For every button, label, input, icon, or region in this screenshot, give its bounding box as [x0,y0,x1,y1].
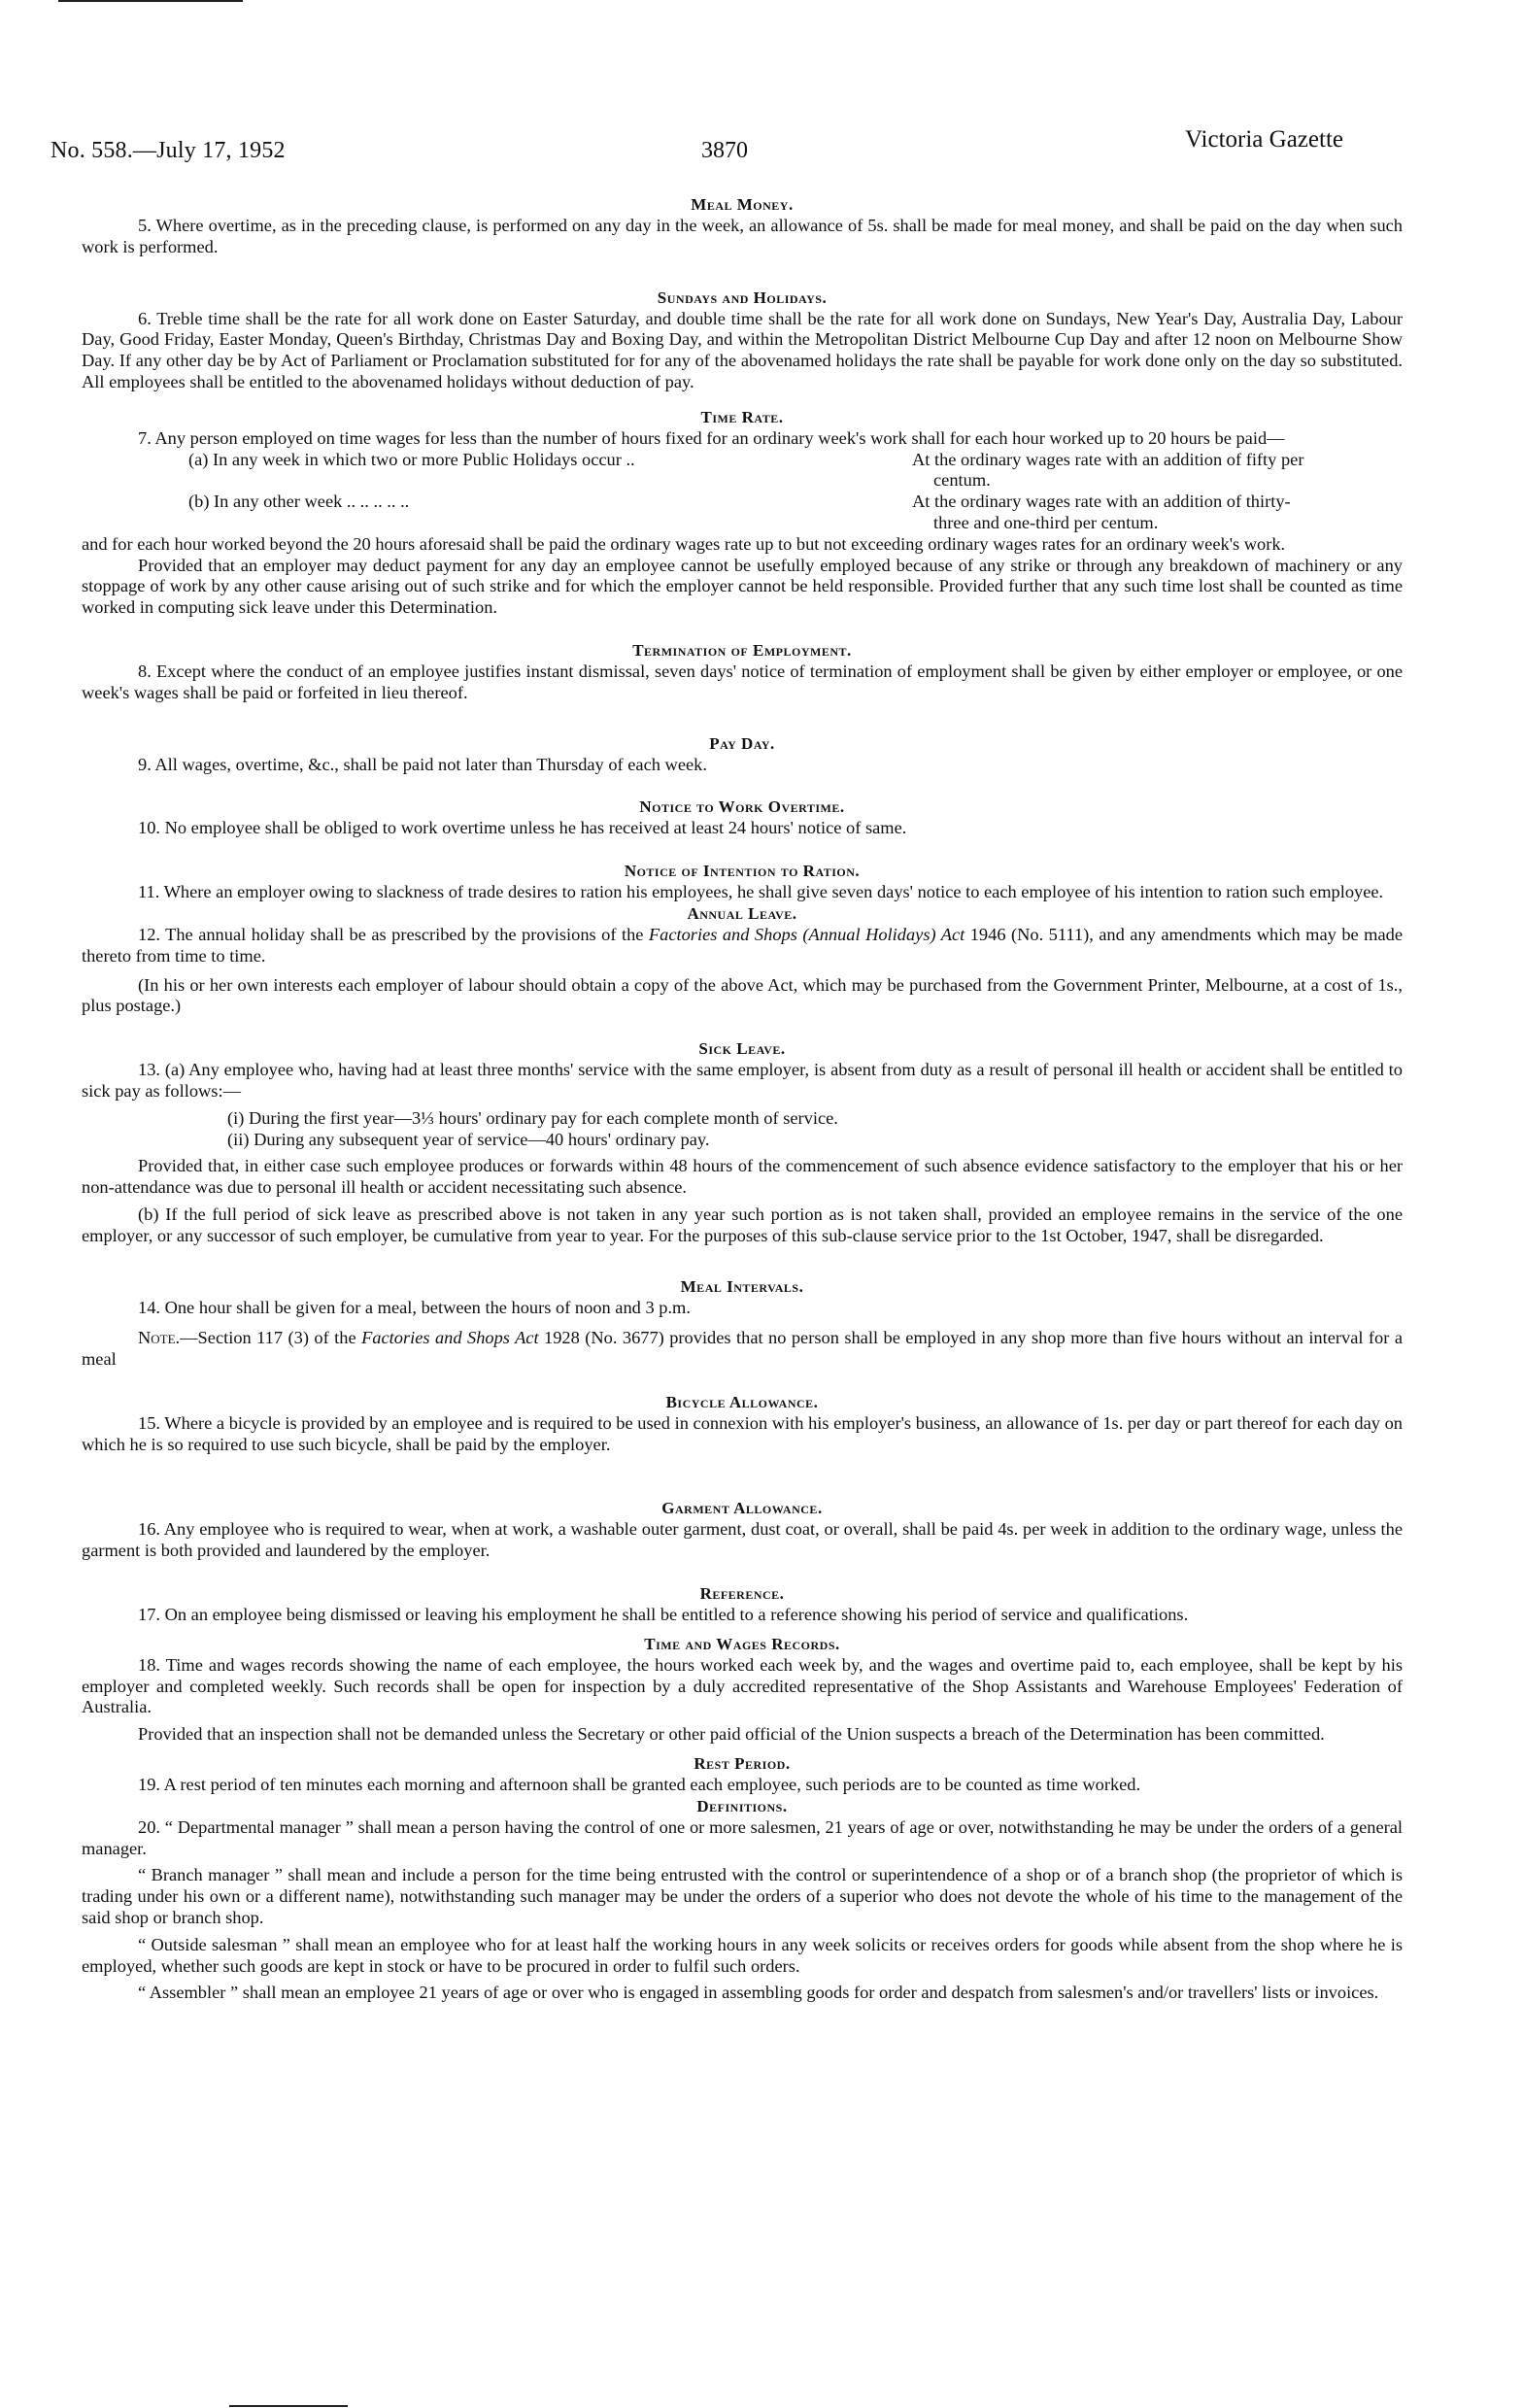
sick-leave-item-ii: (ii) During any subsequent year of servi… [82,1130,1403,1151]
scan-artifact-bottom [229,2405,348,2407]
time-rate-item-b: (b) In any other week .. .. .. .. .. At … [82,492,1403,534]
clause-7: 7. Any person employed on time wages for… [82,428,1403,450]
clause-13b: (b) If the full period of sick leave as … [82,1204,1403,1247]
heading-sundays-holidays: Sundays and Holidays. [82,288,1403,309]
heading-notice-overtime: Notice to Work Overtime. [82,797,1403,818]
clause-7-proviso: Provided that an employer may deduct pay… [82,556,1403,619]
clause-13a: 13. (a) Any employee who, having had at … [82,1060,1403,1102]
heading-reference: Reference. [82,1583,1403,1605]
scan-artifact-top [58,0,243,2]
clause-16: 16. Any employee who is required to wear… [82,1519,1403,1562]
time-rate-item-a: (a) In any week in which two or more Pub… [82,450,1403,492]
clause-7-after: and for each hour worked beyond the 20 h… [82,534,1403,556]
clause-18-proviso: Provided that an inspection shall not be… [82,1724,1403,1746]
clause-11: 11. Where an employer owing to slackness… [82,882,1403,903]
clause-12-note: (In his or her own interests each employ… [82,975,1403,1018]
heading-records: Time and Wages Records. [82,1634,1403,1655]
heading-sick-leave: Sick Leave. [82,1038,1403,1060]
publication-title: Victoria Gazette [1185,126,1343,153]
clause-14: 14. One hour shall be given for a meal, … [82,1298,1403,1319]
heading-rest-period: Rest Period. [82,1753,1403,1775]
clause-12: 12. The annual holiday shall be as presc… [82,925,1403,967]
clause-17: 17. On an employee being dismissed or le… [82,1605,1403,1626]
clause-14-note: Note.—Section 117 (3) of the Factories a… [82,1328,1403,1371]
heading-bicycle: Bicycle Allowance. [82,1392,1403,1413]
heading-annual-leave: Annual Leave. [82,903,1403,925]
heading-notice-ration: Notice of Intention to Ration. [82,861,1403,882]
sick-leave-item-i: (i) During the first year—3⅓ hours' ordi… [82,1108,1403,1130]
document-body: Meal Money. 5. Where overtime, as in the… [82,194,1403,2004]
clause-19: 19. A rest period of ten minutes each mo… [82,1775,1403,1796]
clause-18: 18. Time and wages records showing the n… [82,1655,1403,1718]
clause-13-proviso: Provided that, in either case such emplo… [82,1156,1403,1199]
clause-15: 15. Where a bicycle is provided by an em… [82,1413,1403,1456]
heading-pay-day: Pay Day. [82,733,1403,755]
act-name: Factories and Shops (Annual Holidays) Ac… [649,925,965,944]
page-number: 3870 [701,138,748,164]
clause-9: 9. All wages, overtime, &c., shall be pa… [82,755,1403,776]
definition-assembler: “ Assembler ” shall mean an employee 21 … [82,1983,1403,2004]
issue-date: No. 558.—July 17, 1952 [51,138,286,164]
heading-termination: Termination of Employment. [82,640,1403,661]
clause-8: 8. Except where the conduct of an employ… [82,661,1403,704]
heading-time-rate: Time Rate. [82,407,1403,428]
definition-departmental-manager: 20. “ Departmental manager ” shall mean … [82,1817,1403,1860]
heading-definitions: Definitions. [82,1796,1403,1817]
page-header: No. 558.—July 17, 1952 3870 Victoria Gaz… [51,126,1410,165]
heading-meal-intervals: Meal Intervals. [82,1276,1403,1298]
definition-branch-manager: “ Branch manager ” shall mean and includ… [82,1865,1403,1928]
heading-garment: Garment Allowance. [82,1498,1403,1519]
clause-10: 10. No employee shall be obliged to work… [82,818,1403,839]
clause-6: 6. Treble time shall be the rate for all… [82,309,1403,393]
clause-5: 5. Where overtime, as in the preceding c… [82,216,1403,258]
definition-outside-salesman: “ Outside salesman ” shall mean an emplo… [82,1935,1403,1978]
heading-meal-money: Meal Money. [82,194,1403,216]
